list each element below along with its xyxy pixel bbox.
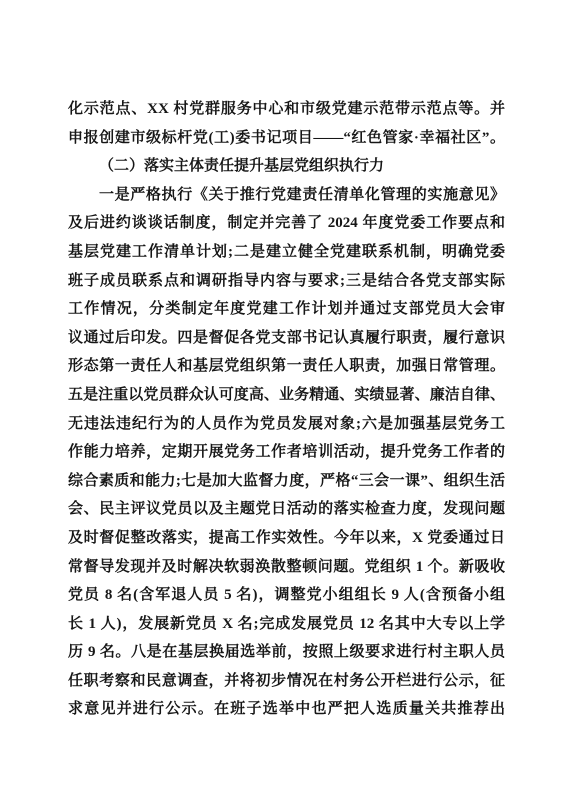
text-line: 历 9 名。八是在基层换届选举前，按照上级要求进行村主职人员	[68, 638, 505, 667]
text-line: 五是注重以党员群众认可度高、业务精通、实绩显著、廉洁自律、	[68, 381, 505, 410]
text-line: 党员 8 名(含军退人员 5 名)，调整党小组组长 9 人(含预备小组	[68, 581, 505, 610]
text-line: 综合素质和能力;七是加大监督力度，严格“三会一课”、组织生活	[68, 467, 505, 496]
text-line: 会、民主评议党员以及主题党日活动的落实检查力度，发现问题	[68, 495, 505, 524]
text-line: 任职考察和民意调查，并将初步情况在村务公开栏进行公示，征	[68, 667, 505, 696]
text-line: 化示范点、XX 村党群服务中心和市级党建示范带示范点等。并	[68, 95, 505, 124]
text-line: 一是严格执行《关于推行党建责任清单化管理的实施意见》	[68, 181, 505, 210]
text-line: 及时督促整改落实，提高工作实效性。今年以来，X 党委通过日	[68, 524, 505, 553]
text-line: 基层党建工作清单计划;二是建立健全党建联系机制，明确党委	[68, 238, 505, 267]
text-line: 及后进约谈谈话制度，制定并完善了 2024 年度党委工作要点和	[68, 209, 505, 238]
text-line: 无违法违纪行为的人员作为党员发展对象;六是加强基层党务工	[68, 410, 505, 439]
text-line: 议通过后印发。四是督促各党支部书记认真履行职责，履行意识	[68, 324, 505, 353]
document-text-block: 化示范点、XX 村党群服务中心和市级党建示范带示范点等。并 申报创建市级标杆党(…	[68, 95, 505, 724]
text-line: 工作情况，分类制定年度党建工作计划并通过支部党员大会审	[68, 295, 505, 324]
section-heading: （二）落实主体责任提升基层党组织执行力	[68, 152, 505, 181]
text-line: 常督导发现并及时解决软弱涣散整顿问题。党组织 1 个。新吸收	[68, 553, 505, 582]
text-line: 作能力培养，定期开展党务工作者培训活动，提升党务工作者的	[68, 438, 505, 467]
document-page: 化示范点、XX 村党群服务中心和市级党建示范带示范点等。并 申报创建市级标杆党(…	[0, 0, 570, 807]
text-line: 长 1 人)，发展新党员 X 名;完成发展党员 12 名其中大专以上学	[68, 610, 505, 639]
text-line: 申报创建市级标杆党(工)委书记项目——“红色管家·幸福社区”。	[68, 124, 505, 153]
text-line: 班子成员联系点和调研指导内容与要求;三是结合各党支部实际	[68, 267, 505, 296]
text-line: 形态第一责任人和基层党组织第一责任人职责，加强日常管理。	[68, 352, 505, 381]
text-line: 求意见并进行公示。在班子选举中也严把人选质量关共推荐出	[68, 695, 505, 724]
